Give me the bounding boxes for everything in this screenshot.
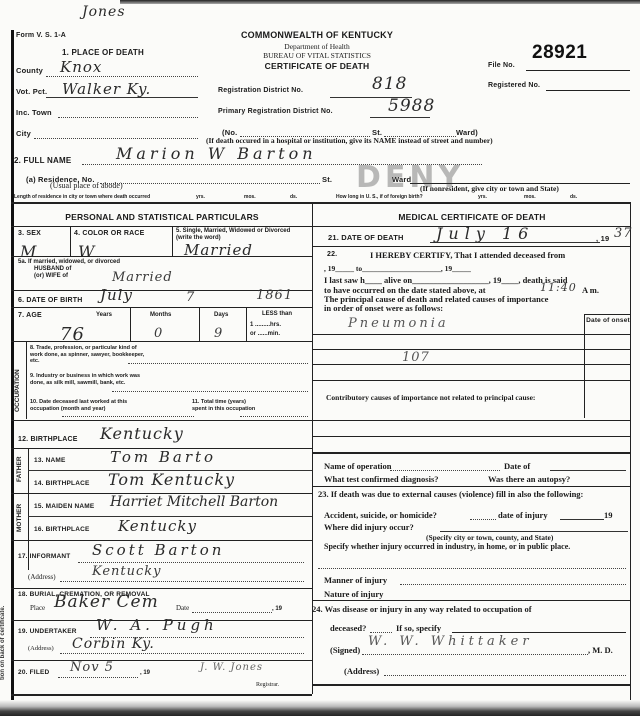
header-department: Department of Health	[222, 42, 412, 51]
informant-address-line	[60, 581, 304, 582]
age-days-label: Days	[214, 312, 228, 319]
top-annotation: Jones	[82, 4, 126, 20]
age-label: 7. AGE	[18, 312, 42, 319]
marital-label: 5. Single, Married, Widowed or Divorced …	[176, 228, 296, 242]
onset-header-top	[584, 314, 630, 315]
how-long-us-label: How long in U. S., if of foreign birth?	[336, 194, 423, 201]
county-label: County	[16, 66, 43, 75]
cause-line-c	[312, 364, 630, 365]
occupation-10-label: 10. Date deceased last worked at this oc…	[30, 399, 140, 412]
us-ds: ds.	[570, 194, 577, 201]
age-div-3	[246, 307, 247, 341]
city-label: City	[16, 129, 31, 138]
residence-yrs: yrs.	[196, 194, 205, 201]
age-div-2	[199, 307, 200, 341]
deny-stamp: DENY	[356, 160, 464, 195]
q24-line-2: deceased?	[330, 624, 366, 634]
primary-registration-label: Primary Registration District No.	[218, 108, 333, 115]
vot-pct-label: Vot. Pct.	[16, 87, 47, 96]
father-name-value[interactable]: Tom Barto	[110, 448, 216, 466]
q24-specify-label: If so, specify	[396, 624, 441, 634]
line-after-dod	[312, 246, 630, 247]
dob-month[interactable]: July	[100, 286, 133, 304]
informant-line	[78, 562, 304, 563]
burial-date-line	[192, 612, 272, 613]
age-days-value[interactable]: 9	[214, 326, 223, 341]
sex-race-divider	[70, 226, 71, 256]
contrib-line-a	[312, 420, 630, 421]
q24-deceased-line	[370, 632, 392, 633]
cause-line-d	[312, 380, 630, 381]
birthplace-label: 12. BIRTHPLACE	[18, 436, 78, 443]
specify-injury-line	[318, 568, 626, 569]
specify-injury-label: Specify whether injury occurred in indus…	[324, 542, 628, 552]
header-commonwealth: COMMONWEALTH OF KENTUCKY	[222, 30, 412, 40]
registrar-label: Registrar.	[256, 682, 279, 688]
line-after-occupation	[11, 420, 312, 421]
line-bottom-right	[312, 684, 630, 686]
line-after-sex	[11, 256, 312, 257]
md-label: , M. D.	[588, 646, 613, 656]
age-months-value[interactable]: 0	[154, 326, 163, 341]
dob-day[interactable]: 7	[186, 290, 195, 305]
occupation-side-label: OCCUPATION	[14, 369, 21, 412]
mother-maiden-value[interactable]: Harriet Mitchell Barton	[110, 494, 278, 510]
mother-birthplace-label: 16. BIRTHPLACE	[34, 526, 90, 533]
race-label: 4. COLOR OR RACE	[74, 230, 144, 237]
date-of-death-label: 21. DATE OF DEATH	[328, 233, 404, 242]
place-of-death-title: 1. PLACE OF DEATH	[62, 48, 144, 57]
registered-number-label: Registered No.	[488, 82, 540, 89]
cause-line-2: in order of onset were as follows:	[324, 304, 443, 314]
injury-date-label: date of injury	[498, 511, 548, 521]
age-div-1	[130, 307, 131, 341]
residence-sublabel: (Usual place of abode)	[50, 181, 123, 190]
line-personal-header	[11, 226, 312, 227]
mother-maiden-label: 15. MAIDEN NAME	[34, 503, 94, 510]
us-mos: mos.	[524, 194, 536, 201]
signed-line	[362, 654, 588, 655]
cause-line-a	[312, 334, 630, 335]
filed-line	[58, 677, 138, 678]
residence-mos: mos.	[244, 194, 256, 201]
date-of-death-value[interactable]: July 16	[436, 224, 534, 243]
residence-street-label: St.	[322, 175, 332, 184]
inc-town-label: Inc. Town	[16, 108, 52, 117]
informant-address-label: (Address)	[28, 573, 56, 581]
where-injury-line	[440, 531, 628, 532]
sex-label: 3. SEX	[18, 230, 41, 237]
q24-specify-line	[452, 632, 626, 633]
cause-line-b	[312, 349, 630, 350]
dob-year[interactable]: 1861	[256, 288, 293, 303]
line-bottom-left	[11, 694, 312, 696]
file-number-value: 28921	[532, 42, 587, 64]
less-than-min: or ......min.	[250, 331, 280, 338]
header-certificate: CERTIFICATE OF DEATH	[222, 61, 412, 71]
primary-registration-line	[370, 117, 430, 118]
registrar-signature: J. W. Jones	[200, 662, 263, 673]
injury-date-line	[560, 519, 604, 520]
filed-value[interactable]: Nov 5	[70, 660, 114, 675]
father-name-label: 13. NAME	[34, 457, 66, 464]
dob-label: 6. DATE OF BIRTH	[18, 297, 83, 304]
operation-date-line	[550, 470, 626, 471]
test-diagnosis-label: What test confirmed diagnosis?	[324, 475, 439, 485]
divider-main	[11, 202, 631, 204]
operation-date-label: Date of	[504, 462, 530, 472]
less-than-label: LESS than	[262, 311, 292, 318]
header-bureau: BUREAU OF VITAL STATISTICS	[222, 51, 412, 60]
undertaker-label: 19. UNDERTAKER	[18, 628, 77, 635]
occupation-9-label: 9. Industry or business in which work wa…	[30, 373, 150, 386]
physician-address-label: (Address)	[344, 667, 379, 677]
accident-label: Accident, suicide, or homicide?	[324, 511, 437, 521]
personal-section-title: PERSONAL AND STATISTICAL PARTICULARS	[14, 212, 310, 222]
line-after-autopsy	[312, 486, 630, 487]
injury-year-label: 19	[604, 511, 613, 521]
city-line	[34, 138, 198, 139]
date-of-death-year[interactable]: 37	[614, 226, 633, 241]
undertaker-address-line	[60, 653, 304, 654]
full-name-value[interactable]: Marion W Barton	[116, 144, 317, 163]
us-yrs: yrs.	[478, 194, 487, 201]
autopsy-label: Was there an autopsy?	[488, 475, 570, 485]
scan-edge-top	[120, 0, 640, 4]
frame-left-border	[11, 30, 14, 700]
county-line	[46, 76, 198, 77]
race-marital-divider	[172, 226, 173, 256]
full-name-label: 2. FULL NAME	[14, 156, 71, 165]
filed-year-label: , 19	[140, 670, 150, 677]
vot-pct-value[interactable]: Walker Ky.	[62, 80, 151, 98]
occupation-11-label: 11. Total time (years) spent in this occ…	[192, 399, 262, 412]
medical-section-title: MEDICAL CERTIFICATE OF DEATH	[314, 212, 630, 222]
spouse-label-2: HUSBAND of	[34, 266, 71, 273]
undertaker-address-value[interactable]: Corbin Ky.	[72, 636, 155, 652]
spouse-value[interactable]: Married	[112, 270, 173, 285]
line-after-nature	[312, 600, 630, 601]
q24-line-1: 24. Was disease or injury in any way rel…	[312, 605, 532, 615]
primary-registration-value[interactable]: 5988	[388, 96, 435, 116]
nature-injury-label: Nature of injury	[324, 590, 383, 600]
spouse-label-1: 5a. If married, widowed, or divorced	[18, 259, 120, 266]
residence-ds: ds.	[290, 194, 297, 201]
file-number-label: File No.	[488, 62, 515, 69]
occupation-10-line	[62, 416, 194, 417]
occupation-11-line	[240, 416, 308, 417]
date-of-death-year-prefix: , 19	[596, 234, 609, 243]
contrib-line-c	[312, 452, 630, 454]
time-of-death-suffix: A m.	[582, 286, 599, 296]
informant-value[interactable]: Scott Barton	[92, 541, 224, 559]
occupation-8-label: 8. Trade, profession, or particular kind…	[30, 345, 150, 365]
occupation-side-divider	[26, 341, 27, 419]
where-injury-label: Where did injury occur?	[324, 523, 414, 533]
contributory-label: Contributory causes of importance not re…	[326, 394, 576, 402]
birthplace-value[interactable]: Kentucky	[100, 424, 184, 443]
less-than-hrs: 1 .........hrs.	[250, 322, 281, 329]
frame-right-border	[630, 204, 631, 700]
line-after-age	[11, 341, 312, 342]
line-after-informant	[11, 588, 312, 589]
date-of-onset-label: Date of onset	[586, 317, 630, 325]
file-number-line	[526, 70, 630, 71]
operation-label: Name of operation	[324, 462, 392, 472]
onset-column-divider	[584, 314, 585, 418]
burial-place-label: Place	[30, 604, 45, 612]
undertaker-value[interactable]: W. A. Pugh	[96, 616, 218, 634]
burial-year-label: , 19	[272, 606, 282, 613]
accident-line	[470, 519, 496, 520]
line-after-undertaker	[11, 660, 312, 661]
certify-from-line: , 19_____ to_____________________, 19___…	[324, 264, 471, 274]
scan-edge-bottom	[0, 700, 640, 716]
age-years-label: Years	[96, 312, 112, 319]
external-causes-label: 23. If death was due to external causes …	[318, 490, 628, 500]
registration-district-value[interactable]: 818	[372, 74, 407, 94]
parents-side-divider	[28, 448, 29, 570]
occupation-9-line	[112, 391, 308, 392]
filed-label: 20. FILED	[18, 669, 49, 676]
residence-line	[100, 183, 320, 184]
line-after-dob	[11, 307, 312, 308]
father-side-label: FATHER	[16, 456, 23, 482]
death-certificate: Jones Form V. S. 1-A 1. PLACE OF DEATH C…	[0, 0, 640, 716]
burial-date-label: Date	[176, 604, 189, 612]
column-divider	[312, 204, 313, 694]
undertaker-address-label: (Address)	[28, 645, 54, 652]
cause-2-value[interactable]: 107	[402, 350, 430, 365]
registered-number-line	[546, 90, 630, 91]
form-number: Form V. S. 1-A	[16, 32, 66, 39]
informant-label: 17. INFORMANT	[18, 553, 70, 560]
time-of-death-value[interactable]: 11:40	[540, 281, 577, 294]
margin-note: tion on back of certificate.	[0, 606, 6, 680]
informant-address-value[interactable]: Kentucky	[92, 564, 162, 579]
age-months-label: Months	[150, 312, 171, 319]
physician-signature[interactable]: W. W. Whittaker	[368, 634, 533, 649]
certify-number: 22.	[327, 251, 337, 258]
mother-side-label: MOTHER	[16, 504, 23, 532]
county-value[interactable]: Knox	[60, 58, 102, 76]
burial-place-value[interactable]: Baker Cem	[54, 592, 159, 612]
length-residence-label: Length of residence in city or town wher…	[14, 194, 150, 201]
cause-1-value[interactable]: Pneumonia	[348, 316, 449, 331]
physician-address-line	[384, 675, 626, 676]
operation-line	[390, 470, 500, 471]
occupation-8-line	[128, 363, 308, 364]
registration-district-label: Registration District No.	[218, 87, 303, 94]
manner-injury-label: Manner of injury	[324, 576, 387, 586]
father-birthplace-value[interactable]: Tom Kentucky	[108, 470, 235, 489]
inc-town-line	[58, 117, 198, 118]
spouse-label-3: (or) WIFE of	[34, 273, 68, 280]
certify-text: I HEREBY CERTIFY, That I attended deceas…	[370, 251, 565, 261]
contrib-line-b	[312, 436, 630, 437]
father-birthplace-label: 14. BIRTHPLACE	[34, 480, 90, 487]
signed-label: (Signed)	[330, 646, 360, 656]
manner-injury-line	[400, 584, 626, 585]
mother-birthplace-value[interactable]: Kentucky	[118, 517, 197, 535]
